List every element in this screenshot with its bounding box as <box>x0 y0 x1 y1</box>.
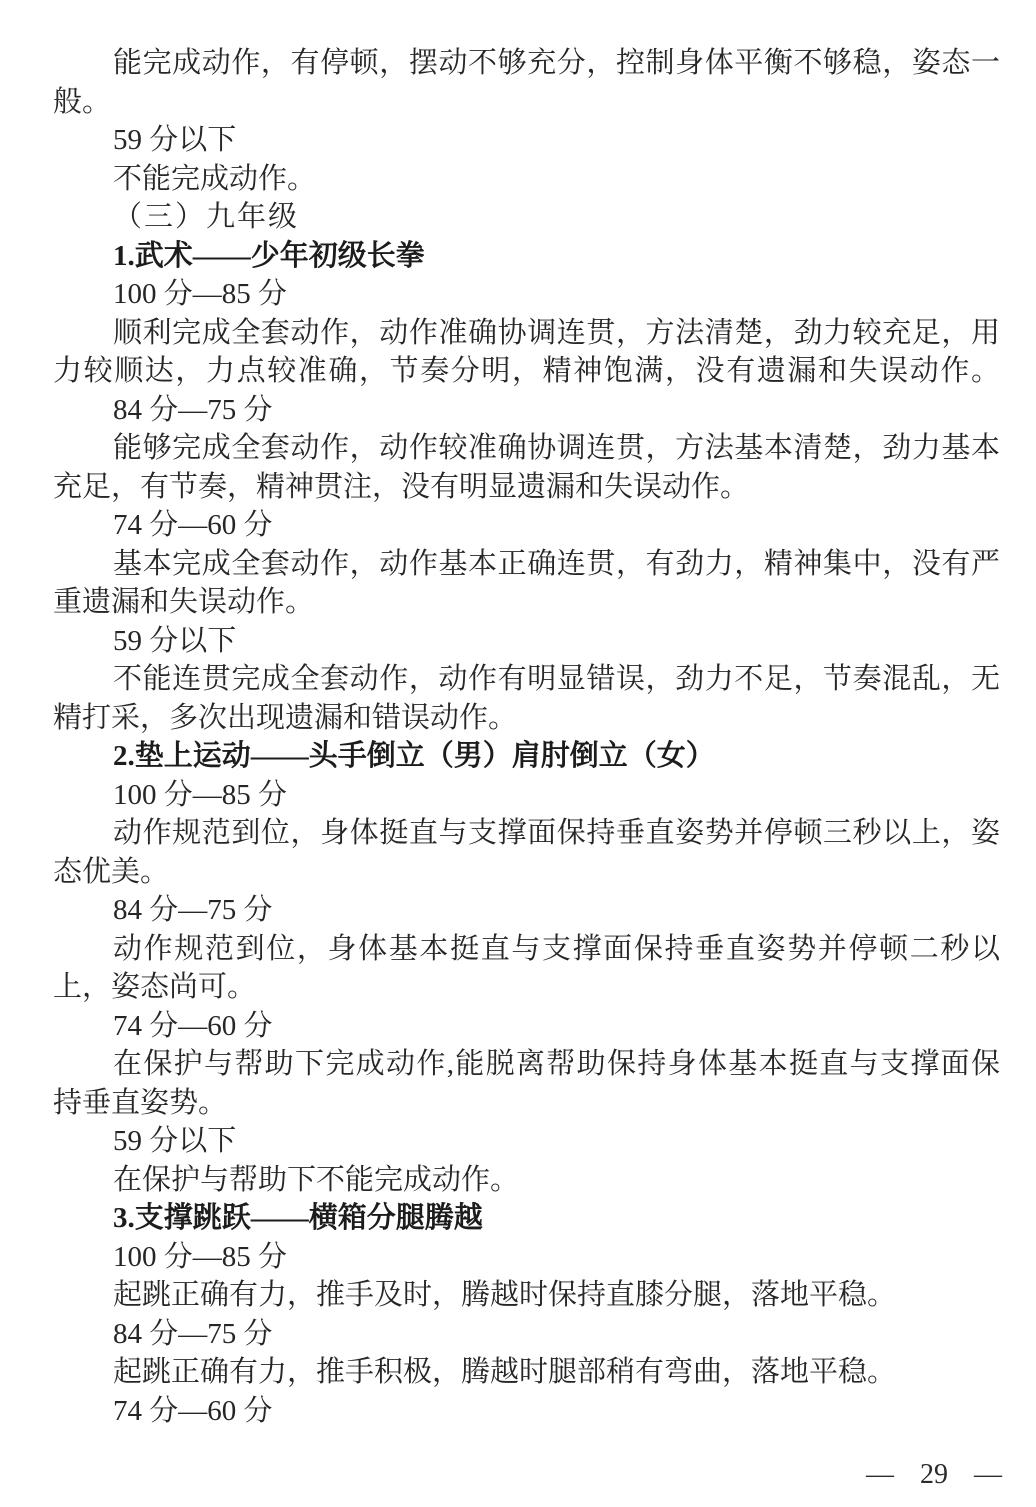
text-line: 不能完成动作。 <box>53 160 1000 199</box>
text-line: 84 分—75 分 <box>53 891 1000 930</box>
text-line: 84 分—75 分 <box>53 391 1000 430</box>
text-line: 顺利完成全套动作，动作准确协调连贯，方法清楚，劲力较充足，用 <box>53 314 1000 353</box>
text-line: 100 分—85 分 <box>53 776 1000 815</box>
text-line: 力较顺达，力点较准确，节奏分明，精神饱满，没有遗漏和失误动作。 <box>53 352 1000 391</box>
text-line: 74 分—60 分 <box>53 1007 1000 1046</box>
footer-left-dash: — <box>866 1459 894 1491</box>
text-line: 在保护与帮助下不能完成动作。 <box>53 1161 1000 1200</box>
text-line: 动作规范到位，身体挺直与支撑面保持垂直姿势并停顿三秒以上，姿 <box>53 814 1000 853</box>
section-heading-line: （三）九年级 <box>53 198 1000 237</box>
page-number: 29 <box>920 1459 948 1491</box>
text-line: 74 分—60 分 <box>53 1392 1000 1431</box>
text-line: 态优美。 <box>53 853 1000 892</box>
text-line: 基本完成全套动作，动作基本正确连贯，有劲力，精神集中，没有严 <box>53 545 1000 584</box>
text-line: 59 分以下 <box>53 121 1000 160</box>
heading-line: 2.垫上运动——头手倒立（男）肩肘倒立（女） <box>53 737 1000 776</box>
text-line: 59 分以下 <box>53 622 1000 661</box>
text-line: 精打采，多次出现遗漏和错误动作。 <box>53 699 1000 738</box>
text-line: 在保护与帮助下完成动作,能脱离帮助保持身体基本挺直与支撑面保 <box>53 1045 1000 1084</box>
text-line: 持垂直姿势。 <box>53 1084 1000 1123</box>
text-line: 起跳正确有力，推手及时，腾越时保持直膝分腿，落地平稳。 <box>53 1276 1000 1315</box>
text-line: 84 分—75 分 <box>53 1315 1000 1354</box>
page-footer: — 29 — <box>866 1459 1002 1491</box>
heading-line: 3.支撑跳跃——横箱分腿腾越 <box>53 1199 1000 1238</box>
text-line: 100 分—85 分 <box>53 275 1000 314</box>
text-line: 74 分—60 分 <box>53 506 1000 545</box>
text-line: 能够完成全套动作，动作较准确协调连贯，方法基本清楚，劲力基本 <box>53 429 1000 468</box>
heading-line: 1.武术——少年初级长拳 <box>53 237 1000 276</box>
text-line: 充足，有节奏，精神贯注，没有明显遗漏和失误动作。 <box>53 468 1000 507</box>
text-line: 般。 <box>53 83 1000 122</box>
text-line: 能完成动作，有停顿，摆动不够充分，控制身体平衡不够稳，姿态一 <box>53 44 1000 83</box>
text-line: 动作规范到位，身体基本挺直与支撑面保持垂直姿势并停顿二秒以 <box>53 930 1000 969</box>
document-body: 能完成动作，有停顿，摆动不够充分，控制身体平衡不够稳，姿态一般。59 分以下不能… <box>53 44 1000 1430</box>
text-line: 59 分以下 <box>53 1122 1000 1161</box>
text-line: 100 分—85 分 <box>53 1238 1000 1277</box>
document-page: 能完成动作，有停顿，摆动不够充分，控制身体平衡不够稳，姿态一般。59 分以下不能… <box>0 0 1036 1507</box>
text-line: 上，姿态尚可。 <box>53 968 1000 1007</box>
text-line: 起跳正确有力，推手积极，腾越时腿部稍有弯曲，落地平稳。 <box>53 1353 1000 1392</box>
text-line: 不能连贯完成全套动作，动作有明显错误，劲力不足，节奏混乱，无 <box>53 660 1000 699</box>
text-line: 重遗漏和失误动作。 <box>53 583 1000 622</box>
footer-right-dash: — <box>974 1459 1002 1491</box>
